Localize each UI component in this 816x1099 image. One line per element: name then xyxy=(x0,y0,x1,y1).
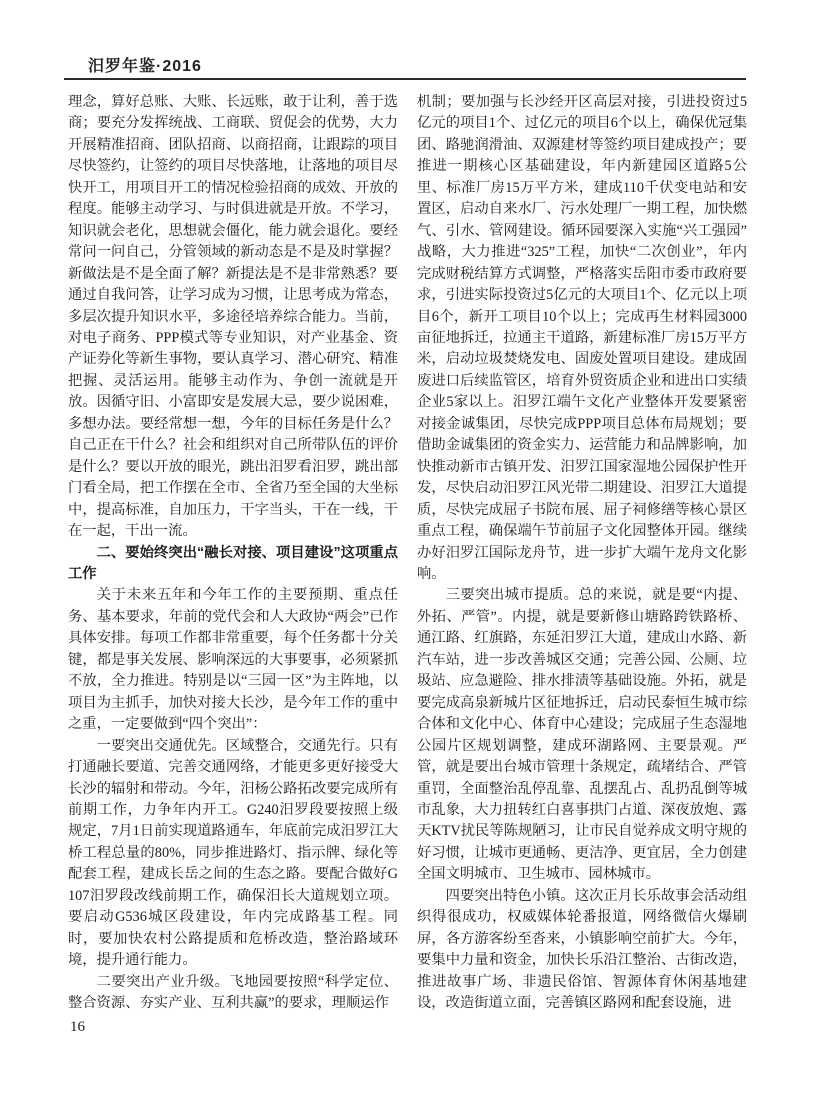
page-header-title: 汨罗年鉴·2016 xyxy=(88,53,202,76)
text-column-left: 理念，算好总账、大账、长远账，敢于让利，善于选商；要充分发挥统战、工商联、贸促会… xyxy=(68,92,398,1014)
paragraph-continuation: 机制；要加强与长沙经开区高层对接，引进投资过5亿元的项目1个、过亿元的项目6个以… xyxy=(417,92,747,585)
section-heading: 二、要始终突出“融长对接、项目建设”这项重点工作 xyxy=(68,543,398,586)
paragraph-continuation: 理念，算好总账、大账、长远账，敢于让利，善于选商；要充分发挥统战、工商联、贸促会… xyxy=(68,92,398,543)
paragraph: 二要突出产业升级。飞地园要按照“科学定位、整合资源、夯实产业、互利共赢”的要求，… xyxy=(68,972,398,1015)
page-number: 16 xyxy=(70,1019,85,1036)
header-rule-divider xyxy=(64,78,746,80)
paragraph: 四要突出特色小镇。这次正月长乐故事会活动组织得很成功，权威媒体轮番报道，网络微信… xyxy=(417,886,747,1015)
text-column-right: 机制；要加强与长沙经开区高层对接，引进投资过5亿元的项目1个、过亿元的项目6个以… xyxy=(417,92,747,1014)
paragraph: 关于未来五年和今年工作的主要预期、重点任务、基本要求，年前的党代会和人大政协“两… xyxy=(68,585,398,735)
paragraph: 三要突出城市提质。总的来说，就是要“内提、外拓、严管”。内提，就是要新修山塘路跨… xyxy=(417,585,747,885)
paragraph: 一要突出交通优先。区域整合，交通先行。只有打通融长要道、完善交通网络，才能更多更… xyxy=(68,736,398,972)
body-columns: 理念，算好总账、大账、长远账，敢于让利，善于选商；要充分发挥统战、工商联、贸促会… xyxy=(68,92,746,1014)
document-page: 汨罗年鉴·2016 理念，算好总账、大账、长远账，敢于让利，善于选商；要充分发挥… xyxy=(0,0,816,1099)
